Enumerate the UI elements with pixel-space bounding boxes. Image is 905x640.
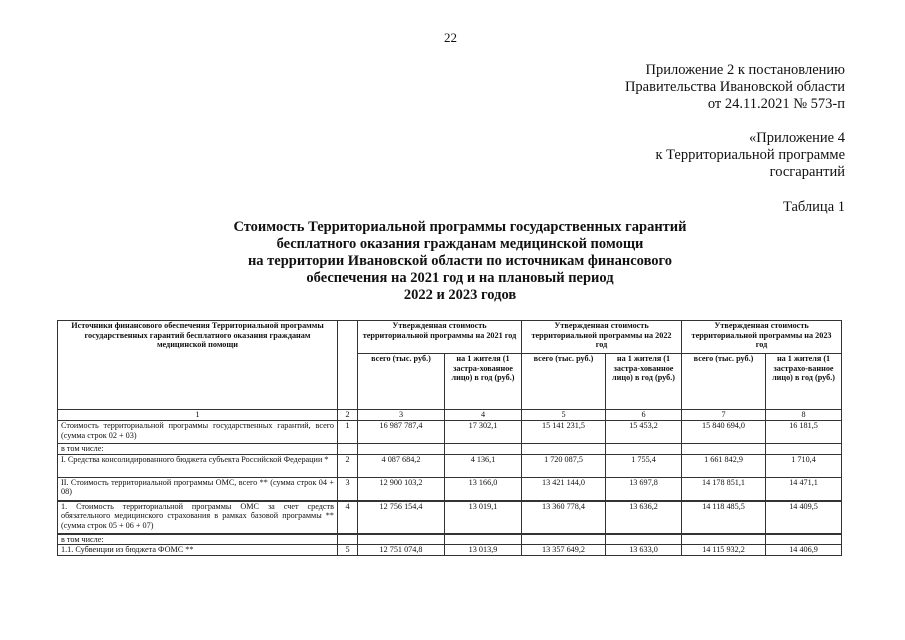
- cell-value: [358, 534, 445, 545]
- cell-value: 15 141 231,5: [522, 421, 606, 444]
- cell-value: [445, 444, 522, 455]
- column-number: 1: [58, 410, 338, 421]
- cell-value: 14 409,5: [766, 501, 842, 534]
- appendix-header-line: от 24.11.2021 № 573-п: [625, 96, 845, 113]
- table-row: I. Средства консолидированного бюджета с…: [58, 454, 842, 477]
- header-per-capita-2023: на 1 жителя (1 застрахо-ванное лицо) в г…: [766, 354, 842, 410]
- appendix-header-line: Приложение 2 к постановлению: [625, 62, 845, 79]
- cell-value: 15 840 694,0: [682, 421, 766, 444]
- cell-value: [766, 534, 842, 545]
- cell-value: 12 751 074,8: [358, 545, 445, 556]
- cell-value: [766, 444, 842, 455]
- cell-value: 17 302,1: [445, 421, 522, 444]
- cell-value: [606, 534, 682, 545]
- title-line: 2022 и 2023 годов: [150, 287, 770, 304]
- cell-value: 13 357 649,2: [522, 545, 606, 556]
- table-row: 1.1. Субвенции из бюджета ФОМС ** 5 12 7…: [58, 545, 842, 556]
- table-row: в том числе:: [58, 444, 842, 455]
- row-label: в том числе:: [58, 444, 338, 455]
- column-number: 8: [766, 410, 842, 421]
- cell-value: 13 360 778,4: [522, 501, 606, 534]
- cell-value: 14 406,9: [766, 545, 842, 556]
- cell-value: 1 710,4: [766, 454, 842, 477]
- cell-value: 13 019,1: [445, 501, 522, 534]
- appendix-reference-line: к Территориальной программе: [655, 147, 845, 164]
- table-row: Стоимость территориальной программы госу…: [58, 421, 842, 444]
- document-title: Стоимость Территориальной программы госу…: [150, 219, 770, 304]
- header-total-2021: всего (тыс. руб.): [358, 354, 445, 410]
- column-number: 6: [606, 410, 682, 421]
- column-number: 5: [522, 410, 606, 421]
- cell-value: 14 118 485,5: [682, 501, 766, 534]
- appendix-header: Приложение 2 к постановлению Правительст…: [625, 62, 845, 113]
- table-row: в том числе:: [58, 534, 842, 545]
- header-row-number: [338, 321, 358, 410]
- row-number: [338, 444, 358, 455]
- appendix-reference: «Приложение 4 к Территориальной программ…: [655, 130, 845, 181]
- cost-table: Источники финансового обеспечения Террит…: [57, 320, 842, 556]
- cell-value: 16 181,5: [766, 421, 842, 444]
- appendix-reference-line: «Приложение 4: [655, 130, 845, 147]
- appendix-reference-line: госгарантий: [655, 164, 845, 181]
- row-number: 5: [338, 545, 358, 556]
- row-number: 3: [338, 477, 358, 501]
- page-number: 22: [444, 30, 457, 46]
- cell-value: 4 087 684,2: [358, 454, 445, 477]
- cell-value: 14 178 851,1: [682, 477, 766, 501]
- row-label: I. Средства консолидированного бюджета с…: [58, 454, 338, 477]
- cell-value: [682, 444, 766, 455]
- table-row: 1. Стоимость территориальной программы О…: [58, 501, 842, 534]
- cell-value: 4 136,1: [445, 454, 522, 477]
- column-number: 4: [445, 410, 522, 421]
- table-label: Таблица 1: [783, 199, 845, 216]
- row-number: 4: [338, 501, 358, 534]
- table-row: II. Стоимость территориальной программы …: [58, 477, 842, 501]
- header-group-2021: Утвержденная стоимость территориальной п…: [358, 321, 522, 354]
- cell-value: 1 661 842,9: [682, 454, 766, 477]
- header-total-2022: всего (тыс. руб.): [522, 354, 606, 410]
- header-source: Источники финансового обеспечения Террит…: [58, 321, 338, 410]
- cell-value: 13 013,9: [445, 545, 522, 556]
- cell-value: 13 421 144,0: [522, 477, 606, 501]
- cell-value: 1 755,4: [606, 454, 682, 477]
- cell-value: 13 697,8: [606, 477, 682, 501]
- cell-value: 13 633,0: [606, 545, 682, 556]
- header-group-row: Источники финансового обеспечения Террит…: [58, 321, 842, 354]
- row-label: Стоимость территориальной программы госу…: [58, 421, 338, 444]
- row-number: 2: [338, 454, 358, 477]
- column-number: 3: [358, 410, 445, 421]
- cell-value: 12 756 154,4: [358, 501, 445, 534]
- cell-value: 12 900 103,2: [358, 477, 445, 501]
- column-number: 2: [338, 410, 358, 421]
- row-label: 1.1. Субвенции из бюджета ФОМС **: [58, 545, 338, 556]
- row-label: II. Стоимость территориальной программы …: [58, 477, 338, 501]
- cell-value: 16 987 787,4: [358, 421, 445, 444]
- row-number: [338, 534, 358, 545]
- row-label: 1. Стоимость территориальной программы О…: [58, 501, 338, 534]
- cell-value: [522, 534, 606, 545]
- title-line: на территории Ивановской области по исто…: [150, 253, 770, 270]
- cell-value: 14 471,1: [766, 477, 842, 501]
- cell-value: [522, 444, 606, 455]
- appendix-header-line: Правительства Ивановской области: [625, 79, 845, 96]
- header-per-capita-2021: на 1 жителя (1 застра-хованное лицо) в г…: [445, 354, 522, 410]
- cell-value: [682, 534, 766, 545]
- row-number: 1: [338, 421, 358, 444]
- title-line: бесплатного оказания гражданам медицинск…: [150, 236, 770, 253]
- cell-value: 14 115 932,2: [682, 545, 766, 556]
- column-number: 7: [682, 410, 766, 421]
- cell-value: [606, 444, 682, 455]
- cell-value: 15 453,2: [606, 421, 682, 444]
- header-group-2022: Утвержденная стоимость территориальной п…: [522, 321, 682, 354]
- cell-value: [358, 444, 445, 455]
- title-line: обеспечения на 2021 год и на плановый пе…: [150, 270, 770, 287]
- header-total-2023: всего (тыс. руб.): [682, 354, 766, 410]
- header-per-capita-2022: на 1 жителя (1 застра-хованное лицо) в г…: [606, 354, 682, 410]
- cell-value: 13 636,2: [606, 501, 682, 534]
- cell-value: [445, 534, 522, 545]
- title-line: Стоимость Территориальной программы госу…: [150, 219, 770, 236]
- cell-value: 1 720 087,5: [522, 454, 606, 477]
- cell-value: 13 166,0: [445, 477, 522, 501]
- row-label: в том числе:: [58, 534, 338, 545]
- column-number-row: 1 2 3 4 5 6 7 8: [58, 410, 842, 421]
- header-group-2023: Утвержденная стоимость территориальной п…: [682, 321, 842, 354]
